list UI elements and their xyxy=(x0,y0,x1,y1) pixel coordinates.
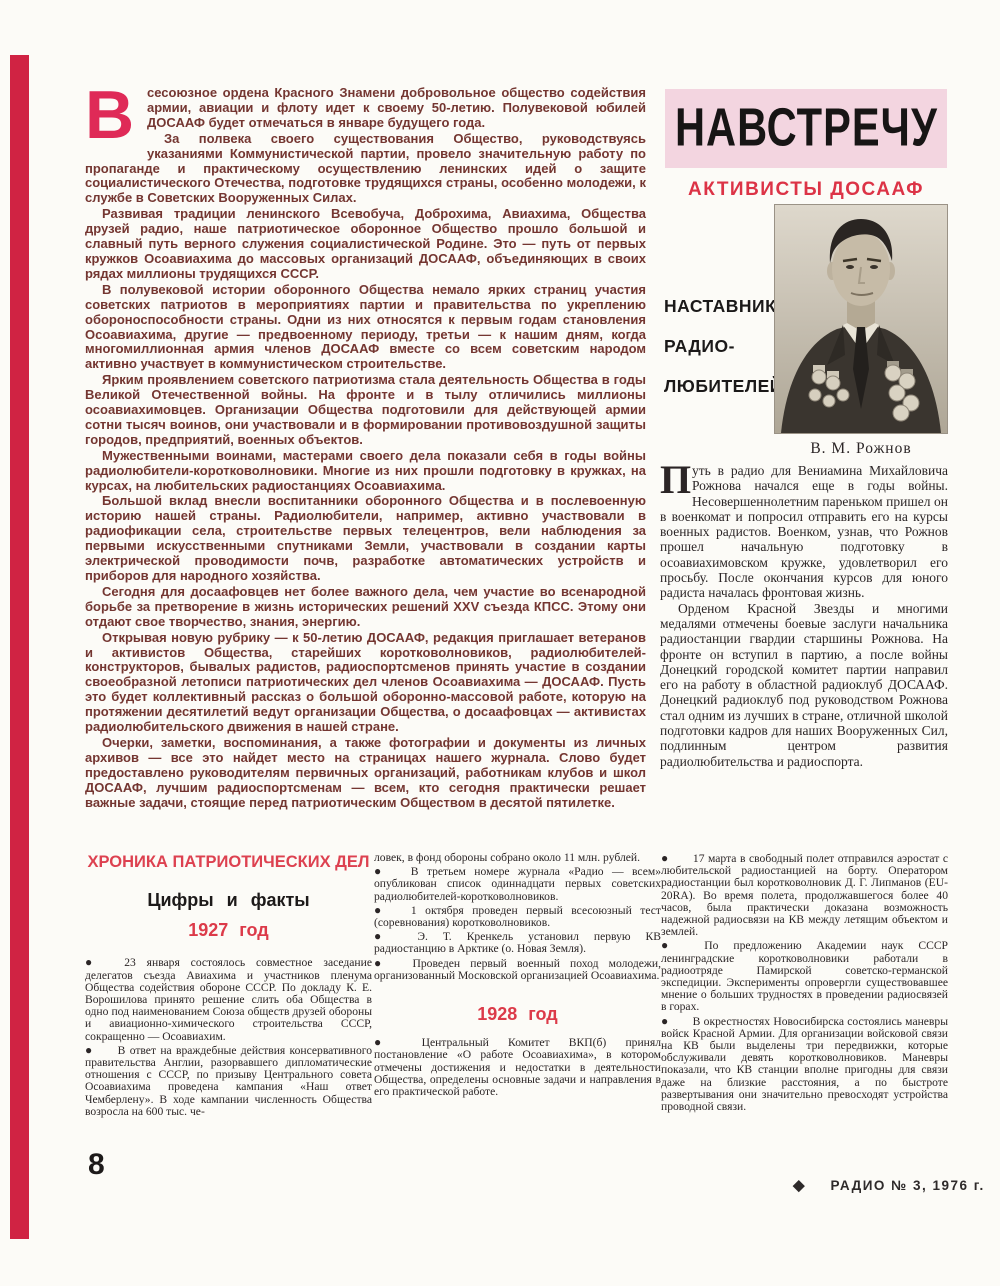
chronicle-items-1928-cont: ●17 марта в свободный полет отправился а… xyxy=(661,852,948,1113)
chronicle-items-1927: ●23 января состоялось совместное заседан… xyxy=(85,956,372,1118)
bullet-icon: ● xyxy=(374,864,387,878)
editorial-paragraph: Очерки, заметки, воспоминания, а также ф… xyxy=(85,736,646,811)
editorial-paragraph: За полвека своего существования Общество… xyxy=(85,132,646,207)
feature-title: НАСТАВНИК РАДИО- ЛЮБИТЕЛЕЙ xyxy=(664,286,774,406)
editorial-paragraph: Сегодня для досаафовцев нет более важног… xyxy=(85,585,646,630)
portrait-illustration xyxy=(775,205,947,433)
rubric-label: АКТИВИСТЫ ДОСААФ xyxy=(665,179,947,201)
chronicle-column-3: ●17 марта в свободный полет отправился а… xyxy=(661,852,948,1114)
chronicle-item-text: В окрестностях Новосибирска состоялись м… xyxy=(661,1015,948,1113)
section-banner-title: НАВСТРЕЧУ xyxy=(675,98,938,158)
bullet-icon: ● xyxy=(661,1014,669,1028)
chronicle-item: ●В ответ на враждебные действия консерва… xyxy=(85,1044,372,1118)
chronicle-item-text: 1 октября проведен первый всесоюзный тес… xyxy=(374,904,661,929)
feature-paragraph: Орденом Красной Звезды и многими медалям… xyxy=(660,601,948,769)
editorial-paragraph: Ярким проявлением советского патриотизма… xyxy=(85,373,646,448)
chronicle-item: ●1 октября проведен первый всесоюзный те… xyxy=(374,904,661,929)
chronicle-item: ●Э. Т. Кренкель установил первую КВ ради… xyxy=(374,930,661,955)
feature-article: П уть в радио для Вениамина Михайловича … xyxy=(660,463,948,769)
chronicle-item: ●23 января состоялось совместное заседан… xyxy=(85,956,372,1042)
chronicle-item: ●По предложению Академии наук СССР ленин… xyxy=(661,939,948,1013)
editorial-article: В сесоюзное ордена Красного Знамени добр… xyxy=(85,86,646,812)
bullet-icon: ● xyxy=(85,955,100,969)
left-margin-stripe xyxy=(10,55,29,1239)
chronicle-items-1927-cont: ●В третьем номере журнала «Радио — всем»… xyxy=(374,865,661,982)
editorial-paragraph: Большой вклад внесли воспитанники оборон… xyxy=(85,494,646,583)
feature-lead-paragraph: уть в радио для Вениамина Михайловича Ро… xyxy=(660,463,948,601)
editorial-lead-paragraph: сесоюзное ордена Красного Знамени добров… xyxy=(85,86,646,131)
editorial-drop-cap: В xyxy=(85,89,139,147)
bullet-icon: ● xyxy=(374,956,389,970)
chronicle-item-text: 17 марта в свободный полет отправился аэ… xyxy=(661,852,948,938)
bullet-icon: ● xyxy=(374,929,393,943)
chronicle-item-text: В ответ на враждебные действия консерват… xyxy=(85,1044,372,1118)
chronicle-item-text: Э. Т. Кренкель установил первую КВ радио… xyxy=(374,930,661,955)
magazine-page: В сесоюзное ордена Красного Знамени добр… xyxy=(0,0,1000,1286)
journal-footer-text: РАДИО № 3, 1976 г. xyxy=(831,1178,985,1193)
chronicle-items-1928: ●Центральный Комитет ВКП(б) принял поста… xyxy=(374,1036,661,1098)
editorial-paragraph: Развивая традиции ленинского Всевобуча, … xyxy=(85,207,646,282)
chronicle-column-2: ловек, в фонд обороны собрано около 11 м… xyxy=(374,852,661,1099)
chronicle-item: ●В окрестностях Новосибирска состоялись … xyxy=(661,1015,948,1114)
bullet-icon: ● xyxy=(374,903,387,917)
chronicle-item: ●17 марта в свободный полет отправился а… xyxy=(661,852,948,938)
chronicle-item-text: Центральный Комитет ВКП(б) принял постан… xyxy=(374,1036,661,1098)
section-banner: НАВСТРЕЧУ xyxy=(665,89,947,168)
editorial-paragraph: Открывая новую рубрику — к 50-летию ДОСА… xyxy=(85,631,646,735)
chronicle-item: ●Проведен первый военный поход молодежи,… xyxy=(374,957,661,982)
page-number: 8 xyxy=(88,1148,105,1182)
feature-title-line: ЛЮБИТЕЛЕЙ xyxy=(664,366,774,406)
bullet-icon: ● xyxy=(374,1035,398,1049)
chronicle-item: ●В третьем номере журнала «Радио — всем»… xyxy=(374,865,661,903)
chronicle-year-1928: 1928 год xyxy=(374,1008,661,1020)
chronicle-item: ●Центральный Комитет ВКП(б) принял поста… xyxy=(374,1036,661,1098)
chronicle-item-text: По предложению Академии наук СССР ленинг… xyxy=(661,939,948,1013)
chronicle-title: ХРОНИКА ПАТРИОТИЧЕСКИХ ДЕЛ xyxy=(85,852,372,872)
chronicle-item-text: В третьем номере журнала «Радио — всем» … xyxy=(374,865,661,902)
chronicle-continued-text: ловек, в фонд обороны собрано около 11 м… xyxy=(374,852,661,864)
feature-title-line: НАСТАВНИК xyxy=(664,286,774,326)
editorial-paragraph: Мужественными воинами, мастерами своего … xyxy=(85,449,646,494)
editorial-paragraphs: За полвека своего существования Общество… xyxy=(85,132,646,811)
photo-caption: В. М. Рожнов xyxy=(775,440,947,458)
journal-footer: ◆РАДИО № 3, 1976 г. xyxy=(793,1176,985,1194)
editorial-paragraph: В полувековой истории оборонного Обществ… xyxy=(85,283,646,372)
chronicle-item-text: 23 января состоялось совместное заседани… xyxy=(85,956,372,1042)
bullet-icon: ● xyxy=(661,938,680,952)
feature-title-line: РАДИО- xyxy=(664,326,774,366)
chronicle-subtitle: Цифры и факты xyxy=(85,894,372,906)
chronicle-column-1: ХРОНИКА ПАТРИОТИЧЕСКИХ ДЕЛ Цифры и факты… xyxy=(85,852,372,1119)
bullet-icon: ● xyxy=(85,1043,94,1057)
portrait-photo xyxy=(775,205,947,433)
feature-drop-cap: П xyxy=(660,465,687,495)
chronicle-item-text: Проведен первый военный поход молодежи, … xyxy=(374,957,661,982)
chronicle-year-1927: 1927 год xyxy=(85,924,372,936)
diamond-icon: ◆ xyxy=(793,1177,805,1194)
bullet-icon: ● xyxy=(661,851,669,865)
